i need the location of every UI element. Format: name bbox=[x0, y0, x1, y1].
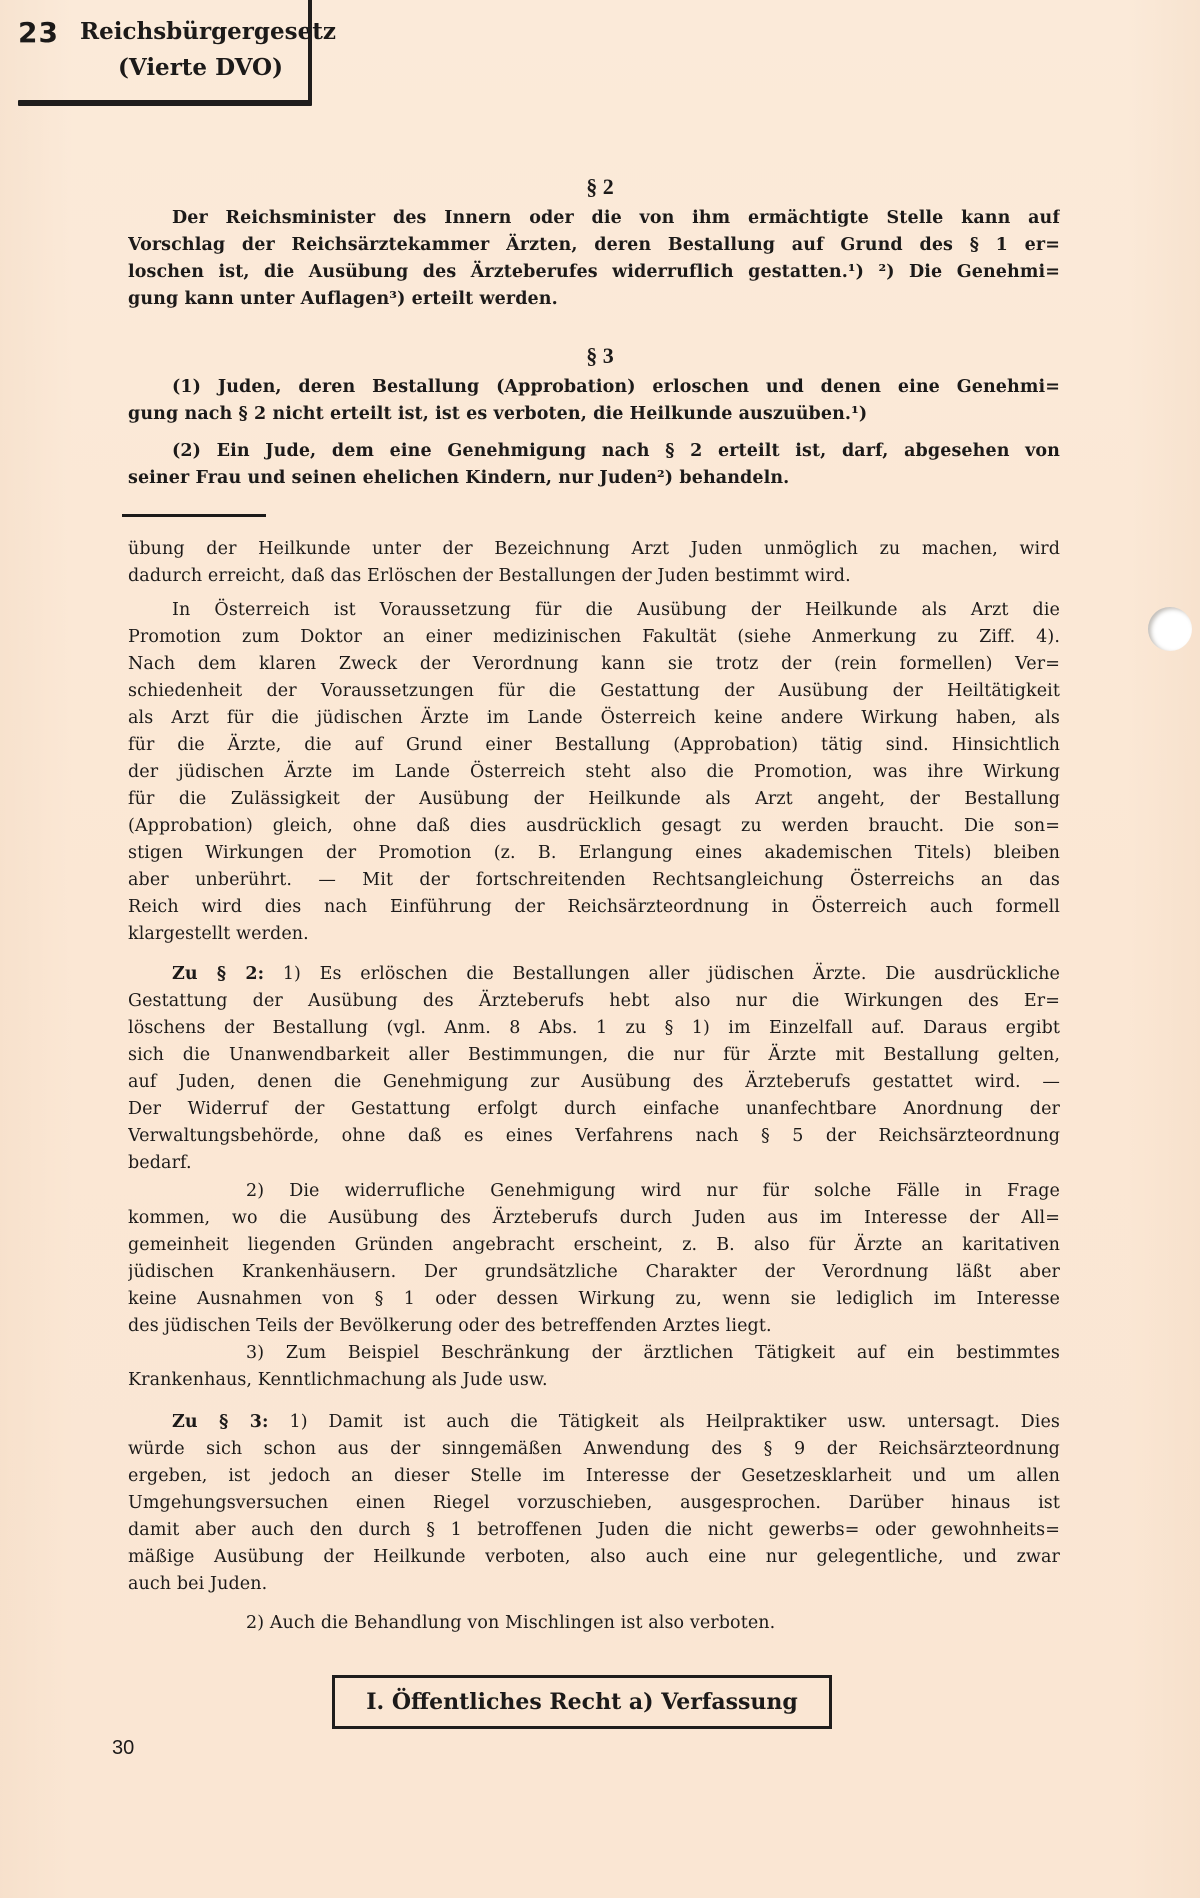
text-line: Der Reichsminister des Innern oder die v… bbox=[128, 205, 1060, 232]
text-line: für die Ärzte, die auf Grund einer Besta… bbox=[128, 732, 1060, 759]
text-line: bedarf. bbox=[128, 1150, 1060, 1177]
text-line: auf Juden, denen die Genehmigung zur Aus… bbox=[128, 1069, 1060, 1096]
text-line: schiedenheit der Voraussetzungen für die… bbox=[128, 678, 1060, 705]
section-3-heading: § 3 bbox=[0, 343, 1200, 369]
text-line: sich die Unanwendbarkeit aller Bestimmun… bbox=[128, 1042, 1060, 1069]
text-line: In Österreich ist Voraussetzung für die … bbox=[128, 597, 1060, 624]
chapter-number: 23 bbox=[18, 16, 59, 49]
header-title: Reichsbürgergesetz bbox=[80, 18, 336, 45]
punch-hole bbox=[1148, 607, 1192, 651]
text-line: Verwaltungsbehörde, ohne daß es eines Ve… bbox=[128, 1123, 1060, 1150]
text-line: des jüdischen Teils der Bevölkerung oder… bbox=[128, 1313, 1060, 1340]
text-line: 2) Auch die Behandlung von Mischlingen i… bbox=[128, 1610, 1060, 1637]
note-zu-paragraph-2-2: 2) Die widerrufliche Genehmigung wird nu… bbox=[128, 1178, 1060, 1340]
note-zu-paragraph-3-2: 2) Auch die Behandlung von Mischlingen i… bbox=[128, 1610, 1060, 1637]
text-line: auch bei Juden. bbox=[128, 1571, 1060, 1598]
note-label: Zu § 3: bbox=[172, 1412, 269, 1432]
text-line: Promotion zum Doktor an einer medizinisc… bbox=[128, 624, 1060, 651]
text-line: kommen, wo die Ausübung des Ärzteberufs … bbox=[128, 1205, 1060, 1232]
running-header: 23 Reichsbürgergesetz (Vierte DVO) bbox=[0, 0, 312, 102]
text-line: gung nach § 2 nicht erteilt ist, ist es … bbox=[128, 401, 1060, 428]
text-line: keine Ausnahmen von § 1 oder dessen Wirk… bbox=[128, 1286, 1060, 1313]
text-line: Zu § 2: 1) Es erlöschen die Bestallungen… bbox=[128, 961, 1060, 988]
text-line: jüdischen Krankenhäusern. Der grundsätzl… bbox=[128, 1259, 1060, 1286]
text-line: der jüdischen Ärzte im Lande Österreich … bbox=[128, 759, 1060, 786]
text-line: Umgehungsversuchen einen Riegel vorzusch… bbox=[128, 1490, 1060, 1517]
text-line: Vorschlag der Reichsärztekammer Ärzten, … bbox=[128, 232, 1060, 259]
text-line: Zu § 3: 1) Damit ist auch die Tätigkeit … bbox=[128, 1409, 1060, 1436]
text-line: gung kann unter Auflagen³) erteilt werde… bbox=[128, 286, 1060, 313]
header-rule bbox=[18, 100, 312, 106]
commentary-continuation: übung der Heilkunde unter der Bezeichnun… bbox=[128, 536, 1060, 590]
text-line: aber unberührt. — Mit der fortschreitend… bbox=[128, 867, 1060, 894]
text-line: damit aber auch den durch § 1 betroffene… bbox=[128, 1517, 1060, 1544]
note-zu-paragraph-3-1: Zu § 3: 1) Damit ist auch die Tätigkeit … bbox=[128, 1409, 1060, 1598]
text-line: seiner Frau und seinen ehelichen Kindern… bbox=[128, 465, 1060, 492]
text-line: 2) Die widerrufliche Genehmigung wird nu… bbox=[128, 1178, 1060, 1205]
note-label: Zu § 2: bbox=[172, 964, 264, 984]
text-line: ergeben, ist jedoch an dieser Stelle im … bbox=[128, 1463, 1060, 1490]
section-label-box: I. Öffentliches Recht a) Verfassung bbox=[332, 1675, 832, 1729]
text-line: (Approbation) gleich, ohne daß dies ausd… bbox=[128, 813, 1060, 840]
text-line: dadurch erreicht, daß das Erlöschen der … bbox=[128, 563, 1060, 590]
text-line: (1) Juden, deren Bestallung (Approbation… bbox=[128, 374, 1060, 401]
note-zu-paragraph-2-1: Zu § 2: 1) Es erlöschen die Bestallungen… bbox=[128, 961, 1060, 1177]
document-page: 23 Reichsbürgergesetz (Vierte DVO) § 2 D… bbox=[0, 0, 1200, 1898]
commentary-austria: In Österreich ist Voraussetzung für die … bbox=[128, 597, 1060, 948]
text-line: Reich wird dies nach Einführung der Reic… bbox=[128, 894, 1060, 921]
page-number: 30 bbox=[112, 1737, 134, 1760]
text-line: löschens der Bestallung (vgl. Anm. 8 Abs… bbox=[128, 1015, 1060, 1042]
text-line: gemeinheit liegenden Gründen angebracht … bbox=[128, 1232, 1060, 1259]
section-3-para-1: (1) Juden, deren Bestallung (Approbation… bbox=[128, 374, 1060, 428]
text-line: mäßige Ausübung der Heilkunde verboten, … bbox=[128, 1544, 1060, 1571]
section-3-para-2: (2) Ein Jude, dem eine Genehmigung nach … bbox=[128, 438, 1060, 492]
text-line: als Arzt für die jüdischen Ärzte im Land… bbox=[128, 705, 1060, 732]
text-line: Nach dem klaren Zweck der Verordnung kan… bbox=[128, 651, 1060, 678]
text-line: für die Zulässigkeit der Ausübung der He… bbox=[128, 786, 1060, 813]
section-2-heading: § 2 bbox=[0, 174, 1200, 200]
text-line: klargestellt werden. bbox=[128, 921, 1060, 948]
text-line: loschen ist, die Ausübung des Ärzteberuf… bbox=[128, 259, 1060, 286]
text-line: Der Widerruf der Gestattung erfolgt durc… bbox=[128, 1096, 1060, 1123]
footnote-separator bbox=[122, 514, 266, 517]
header-subtitle: (Vierte DVO) bbox=[118, 54, 283, 81]
text-line: (2) Ein Jude, dem eine Genehmigung nach … bbox=[128, 438, 1060, 465]
text-line: übung der Heilkunde unter der Bezeichnun… bbox=[128, 536, 1060, 563]
text-line: 3) Zum Beispiel Beschränkung der ärztlic… bbox=[128, 1340, 1060, 1367]
text-line: Krankenhaus, Kenntlichmachung als Jude u… bbox=[128, 1367, 1060, 1394]
text-line: stigen Wirkungen der Promotion (z. B. Er… bbox=[128, 840, 1060, 867]
note-zu-paragraph-2-3: 3) Zum Beispiel Beschränkung der ärztlic… bbox=[128, 1340, 1060, 1394]
section-2-text: Der Reichsminister des Innern oder die v… bbox=[128, 205, 1060, 313]
text-line: würde sich schon aus der sinngemäßen Anw… bbox=[128, 1436, 1060, 1463]
text-line: Gestattung der Ausübung des Ärzteberufs … bbox=[128, 988, 1060, 1015]
